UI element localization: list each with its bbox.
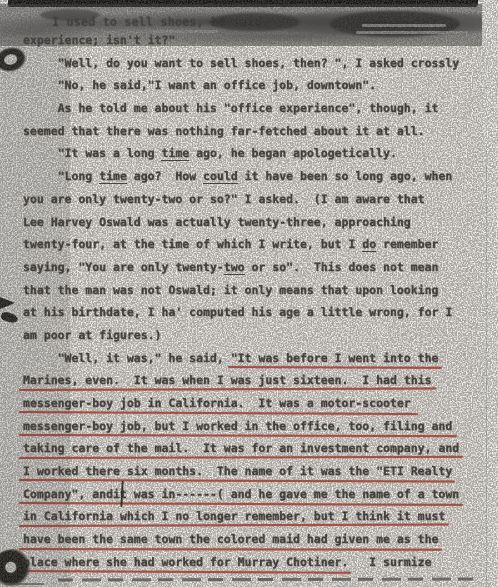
typed-line: messenger-boy job in California. It was … <box>23 392 488 415</box>
typed-line: that the man was not Oswald; it only mea… <box>23 279 488 302</box>
typed-line: "No, he said,"I want an office job, down… <box>23 74 488 97</box>
typed-line: "Well, it was," he said, "It was before … <box>23 347 488 370</box>
typed-line: at his birthdate, I ha' computed his age… <box>23 301 488 324</box>
typed-line: you are only twenty-two or so?" I asked.… <box>23 188 488 211</box>
typed-line: messenger-boy job, but I worked in the o… <box>23 415 488 438</box>
typed-line: As he told me about his "office experien… <box>23 97 488 120</box>
red-underline-mark <box>19 387 436 391</box>
typed-underline: do <box>362 237 376 252</box>
typed-line: I worked there six months. The name of i… <box>23 460 488 483</box>
fold-line <box>486 150 487 587</box>
typed-text-block: experience; isn't it?" "Well, do you wan… <box>23 29 488 574</box>
typed-line: Marines, even. It was when I was just si… <box>23 369 488 392</box>
typed-line: "Well, do you want to sell shoes, then? … <box>23 52 488 75</box>
typed-line: "Long time ago? How could it have been s… <box>23 165 488 188</box>
typed-line: taking care of the mail. It was for an i… <box>23 437 488 460</box>
typed-underline: two <box>224 260 245 275</box>
scanned-page: I used to sell shoes, he said, experienc… <box>0 0 498 587</box>
toner-blot <box>40 9 100 21</box>
typed-line: have been the same town the colored maid… <box>23 528 488 551</box>
red-underline-mark <box>19 523 449 527</box>
bottom-scan-line <box>58 577 474 581</box>
typed-line: seemed that there was nothing far-fetche… <box>23 120 488 143</box>
typed-line: in California which I no longer remember… <box>23 505 488 528</box>
white-streak <box>362 24 446 27</box>
typed-line: Company", andit was in------( and he gav… <box>23 483 488 506</box>
margin-ink-mark <box>0 297 15 309</box>
margin-ink-mark <box>0 311 19 325</box>
typed-line: twenty-four, at the time of which I writ… <box>23 233 488 256</box>
typed-line: am poor at figures.) <box>23 324 488 347</box>
typed-line: Lee Harvey Oswald was actually twenty-th… <box>23 211 488 234</box>
red-underline-mark <box>19 456 463 459</box>
typed-line: experience; isn't it?" <box>23 29 488 52</box>
bottom-scan-line <box>6 583 44 585</box>
red-underline-mark <box>19 570 351 574</box>
typed-underline: could <box>203 169 238 184</box>
typed-underline: time <box>161 146 189 161</box>
typed-underline: time <box>99 169 127 184</box>
typed-line: "It was a long time ago, he began apolog… <box>23 142 488 165</box>
typed-line: place where she had worked for Murray Ch… <box>23 551 488 574</box>
typed-line: saying, "You are only twenty-two or so".… <box>23 256 488 279</box>
